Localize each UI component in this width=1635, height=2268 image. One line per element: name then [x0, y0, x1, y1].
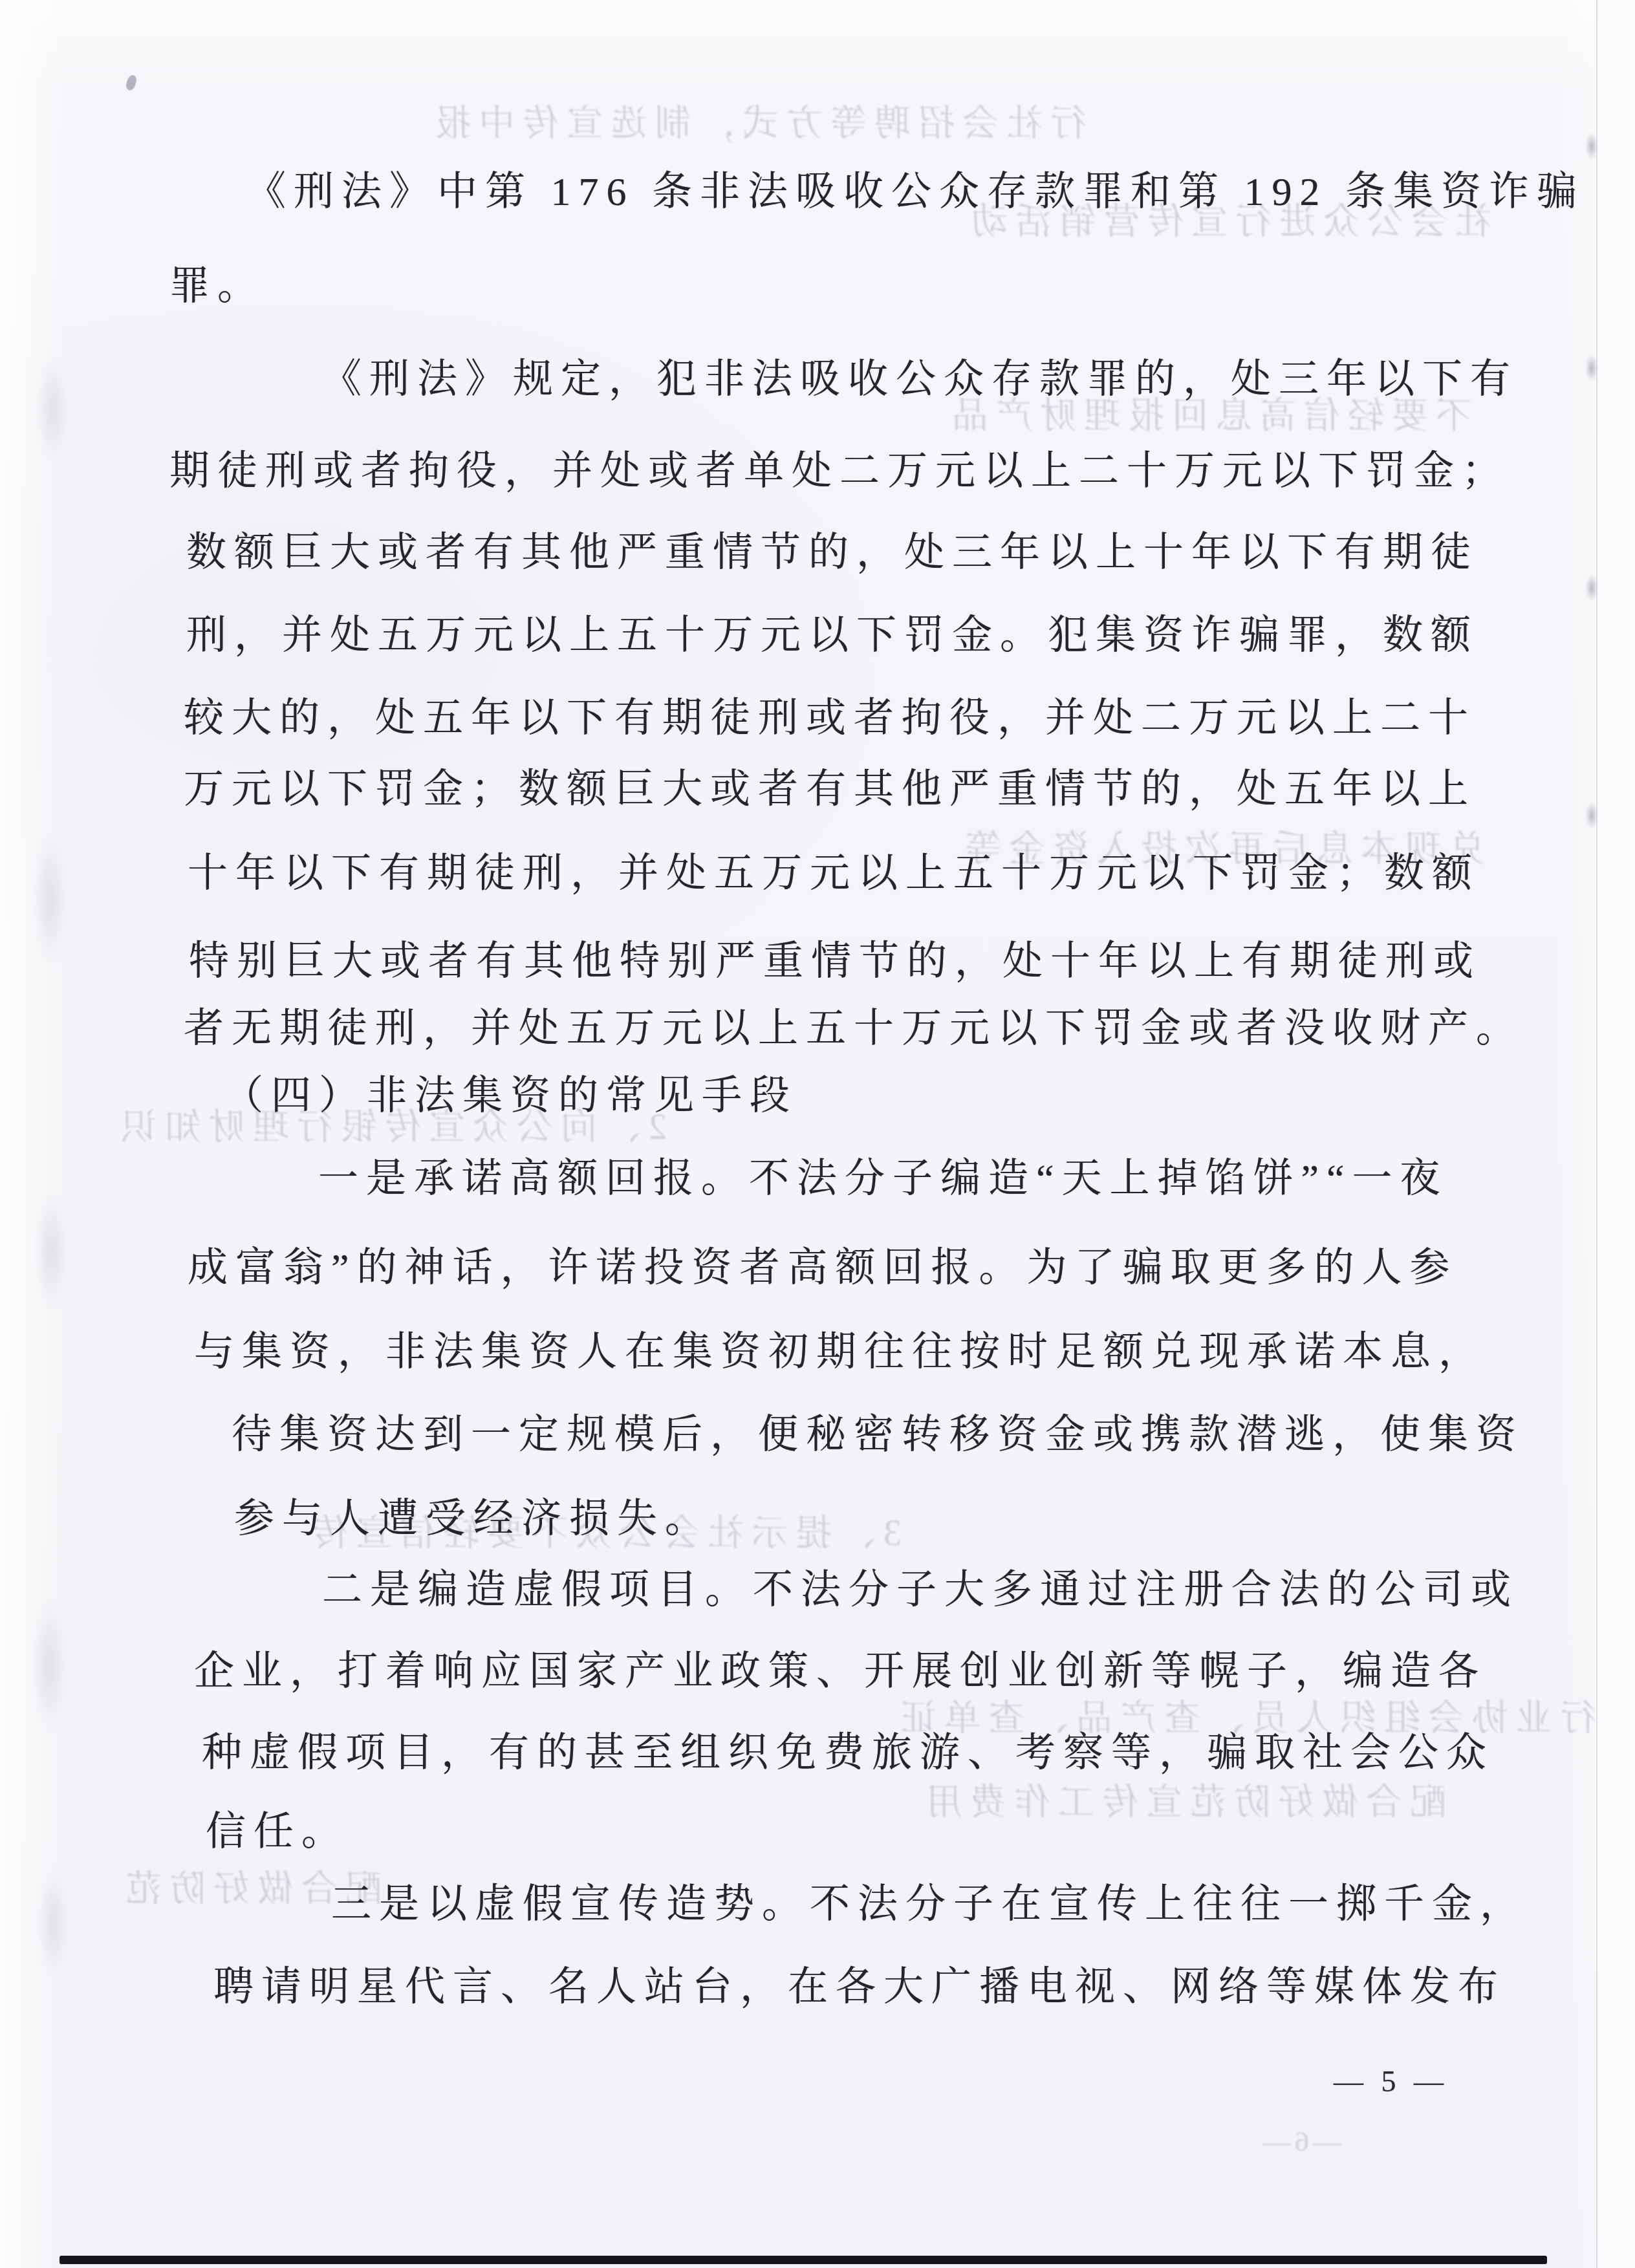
text-line-16: 待集资达到一定规模后，便秘密转移资金或携款潜逃，使集资 [232, 1412, 1524, 1458]
text-line-04: 期徒刑或者拘役，并处或者单处二万元以上二十万元以下罚金； [169, 449, 1510, 494]
scan-page-edge [1596, 0, 1635, 2268]
bleed-smudge [36, 1190, 67, 1313]
scanned-document-page: 行社会招聘等方式，制选宣传中报 社会公众进行宣传营销活动 不要轻信高息回报理财产… [0, 0, 1635, 2268]
binding-mark [1586, 574, 1597, 601]
text-line-23: 聘请明星代言、名人站台，在各大广播电视、网络等媒体发布 [213, 1965, 1506, 2010]
text-line-11: 者无期徒刑，并处五万元以上五十万元以下罚金或者没收财产。 [184, 1006, 1524, 1052]
text-line-20: 种虚假项目，有的甚至组织免费旅游、考察等，骗取社会公众 [202, 1731, 1494, 1776]
ghost-text: 配合做好防范宣传工作费用 [918, 1773, 1446, 1825]
binding-mark [1586, 354, 1597, 382]
text-line-03: 《刑法》规定，犯非法吸收公众存款罪的，处三年以下有 [321, 357, 1518, 402]
bleed-smudge [38, 354, 67, 464]
text-line-07: 较大的，处五年以下有期徒刑或者拘役，并处二万元以上二十 [184, 696, 1476, 741]
text-line-19: 企业，打着响应国家产业政策、开展创业创新等幌子，编造各 [194, 1649, 1486, 1694]
text-line-15: 与集资，非法集资人在集资初期往往按时足额兑现承诺本息， [194, 1330, 1486, 1375]
text-line-17: 参与人遭受经济损失。 [234, 1496, 713, 1542]
bleed-smudge [32, 1597, 66, 1733]
text-line-18: 二是编造虚假项目。不法分子大多通过注册合法的公司或 [322, 1568, 1519, 1613]
text-line-01: 《刑法》中第 176 条非法吸收公众存款罪和第 192 条集资诈骗 [246, 169, 1585, 215]
text-line-14: 成富翁”的神话，许诺投资者高额回报。为了骗取更多的人参 [188, 1246, 1458, 1291]
text-line-05: 数额巨大或者有其他严重情节的，处三年以上十年以下有期徒 [186, 530, 1478, 576]
text-line-08: 万元以下罚金；数额巨大或者有其他严重情节的，处五年以上 [184, 767, 1476, 812]
bleed-smudge [39, 1869, 67, 1979]
text-line-22: 三是以虚假宣传造势。不法分子在宣传上往往一掷千金， [331, 1882, 1528, 1927]
text-line-13: 一是承诺高额回报。不法分子编造“天上掉馅饼”“一夜 [318, 1156, 1448, 1202]
ghost-text: 行社会招聘等方式，制选宣传中报 [427, 94, 1087, 146]
text-line-06: 刑，并处五万元以上五十万元以下罚金。犯集资诈骗罪，数额 [186, 613, 1478, 658]
bleed-smudge [34, 832, 66, 967]
scan-bottom-edge [60, 2256, 1547, 2264]
text-line-10: 特别巨大或者有其他特别严重情节的，处十年以上有期徒刑或 [189, 939, 1481, 984]
text-line-09: 十年以下有期徒刑，并处五万元以上五十万元以下罚金；数额 [188, 851, 1480, 896]
binding-mark [1586, 133, 1597, 160]
ghost-page-number: —6— [1259, 2125, 1341, 2158]
binding-mark [1586, 802, 1597, 829]
text-line-21: 信任。 [206, 1809, 349, 1855]
text-line-02: 罪。 [169, 264, 265, 309]
page-number: — 5 — [1334, 2064, 1449, 2099]
section-heading: （四）非法集资的常见手段 [223, 1074, 797, 1119]
paper-speck [125, 74, 138, 91]
